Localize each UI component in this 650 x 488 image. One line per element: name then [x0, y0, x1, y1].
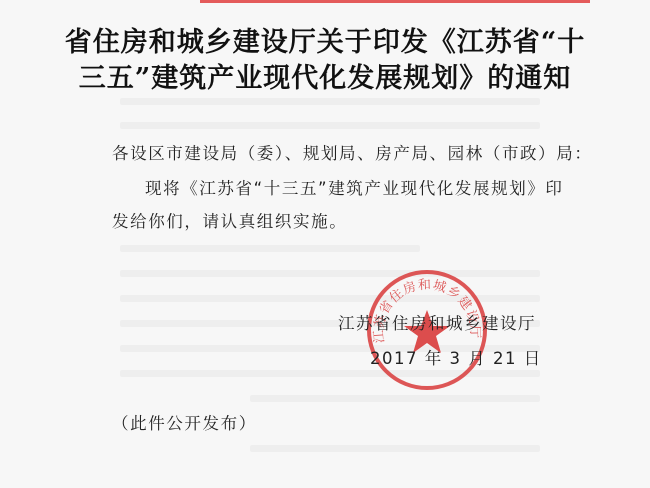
document-title-line-1: 省住房和城乡建设厅关于印发《江苏省“十: [0, 20, 650, 59]
bleed-through-line: [250, 445, 540, 452]
bleed-through-line: [120, 122, 540, 129]
bleed-through-line: [250, 395, 540, 402]
document-title-line-2: 三五”建筑产业现代化发展规划》的通知: [0, 56, 650, 95]
signature-organization: 江苏省住房和城乡建设厅: [338, 310, 536, 334]
document-page: 省住房和城乡建设厅关于印发《江苏省“十 三五”建筑产业现代化发展规划》的通知 各…: [0, 0, 650, 488]
body-paragraph-line-2: 发给你们，请认真组织实施。: [112, 208, 347, 232]
header-red-rule: [200, 0, 590, 3]
bleed-through-line: [120, 98, 540, 105]
salutation: 各设区市建设局（委）、规划局、房产局、园林（市政）局：: [112, 140, 592, 164]
publication-note: （此件公开发布）: [112, 410, 257, 434]
body-paragraph-line-1: 现将《江苏省“十三五”建筑产业现代化发展规划》印: [145, 175, 564, 199]
signature-date: 2017 年 3 月 21 日: [370, 345, 542, 369]
bleed-through-line: [120, 245, 420, 252]
